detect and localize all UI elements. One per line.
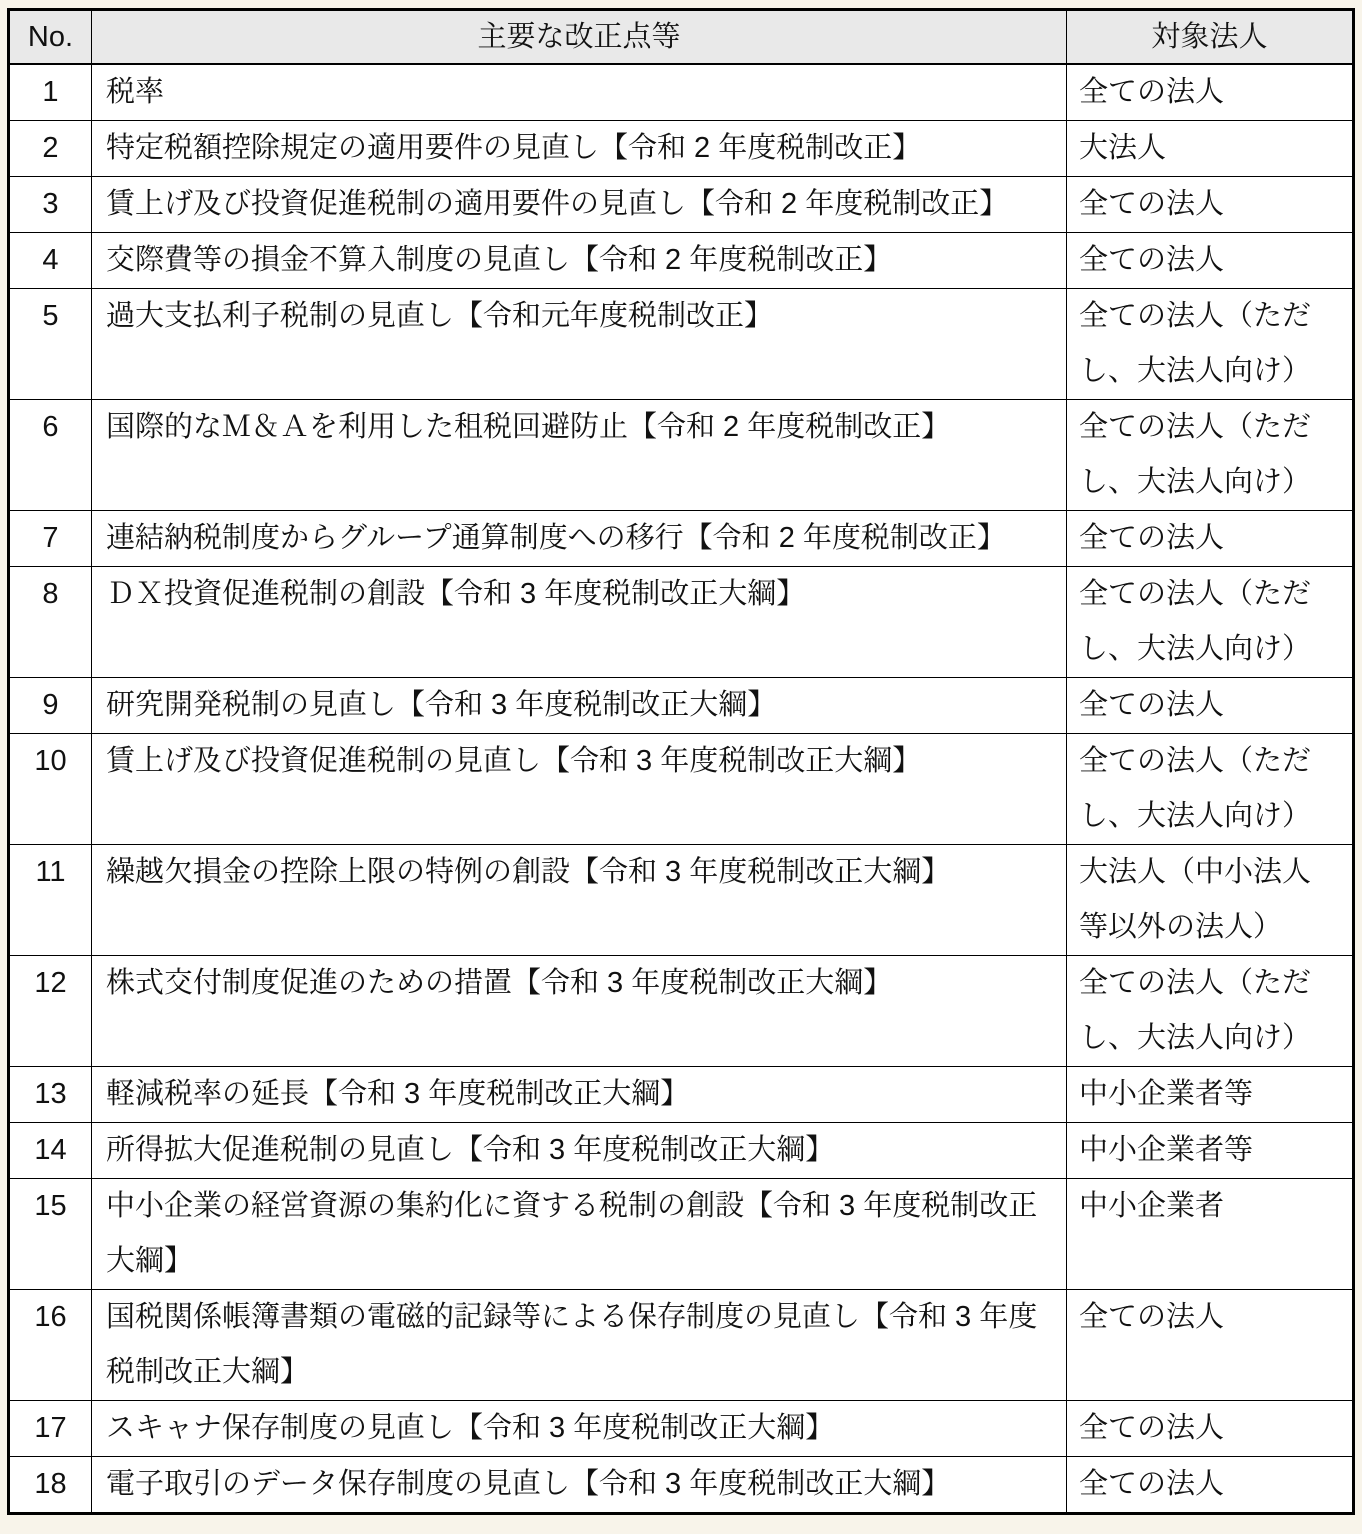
table-header: No. 主要な改正点等 対象法人 xyxy=(9,10,1354,65)
row-revision-cell: スキャナ保存制度の見直し【令和 3 年度税制改正大綱】 xyxy=(92,1401,1067,1457)
row-target-corp-cell: 全ての法人 xyxy=(1067,233,1354,289)
row-revision-cell: 賃上げ及び投資促進税制の適用要件の見直し【令和 2 年度税制改正】 xyxy=(92,177,1067,233)
row-target-corp-cell: 全ての法人 xyxy=(1067,1457,1354,1514)
table-row: 16 国税関係帳簿書類の電磁的記録等による保存制度の見直し【令和 3 年度税制改… xyxy=(9,1290,1354,1401)
row-revision-cell: 繰越欠損金の控除上限の特例の創設【令和 3 年度税制改正大綱】 xyxy=(92,845,1067,956)
row-number-cell: 4 xyxy=(9,233,92,289)
row-number-cell: 2 xyxy=(9,121,92,177)
tax-reform-table: No. 主要な改正点等 対象法人 1 税率 全ての法人 2 特定税額控除規定の適… xyxy=(7,8,1355,1515)
row-number-cell: 15 xyxy=(9,1179,92,1290)
row-target-corp-cell: 全ての法人 xyxy=(1067,1401,1354,1457)
row-target-corp-cell: 全ての法人 xyxy=(1067,64,1354,121)
row-target-corp-cell: 全ての法人（ただし、大法人向け） xyxy=(1067,567,1354,678)
row-number-cell: 16 xyxy=(9,1290,92,1401)
row-number-cell: 18 xyxy=(9,1457,92,1514)
row-number-cell: 12 xyxy=(9,956,92,1067)
row-target-corp-cell: 全ての法人（ただし、大法人向け） xyxy=(1067,400,1354,511)
table-row: 18 電子取引のデータ保存制度の見直し【令和 3 年度税制改正大綱】 全ての法人 xyxy=(9,1457,1354,1514)
row-revision-cell: 国税関係帳簿書類の電磁的記録等による保存制度の見直し【令和 3 年度税制改正大綱… xyxy=(92,1290,1067,1401)
table-row: 11 繰越欠損金の控除上限の特例の創設【令和 3 年度税制改正大綱】 大法人（中… xyxy=(9,845,1354,956)
row-revision-cell: 所得拡大促進税制の見直し【令和 3 年度税制改正大綱】 xyxy=(92,1123,1067,1179)
row-revision-cell: 国際的なＭ＆Ａを利用した租税回避防止【令和 2 年度税制改正】 xyxy=(92,400,1067,511)
header-no: No. xyxy=(9,10,92,65)
row-number-cell: 8 xyxy=(9,567,92,678)
table-row: 8 ＤＸ投資促進税制の創設【令和 3 年度税制改正大綱】 全ての法人（ただし、大… xyxy=(9,567,1354,678)
row-target-corp-cell: 大法人 xyxy=(1067,121,1354,177)
row-target-corp-cell: 全ての法人 xyxy=(1067,1290,1354,1401)
row-revision-cell: 中小企業の経営資源の集約化に資する税制の創設【令和 3 年度税制改正大綱】 xyxy=(92,1179,1067,1290)
table-row: 5 過大支払利子税制の見直し【令和元年度税制改正】 全ての法人（ただし、大法人向… xyxy=(9,289,1354,400)
table-row: 13 軽減税率の延長【令和 3 年度税制改正大綱】 中小企業者等 xyxy=(9,1067,1354,1123)
table-row: 2 特定税額控除規定の適用要件の見直し【令和 2 年度税制改正】 大法人 xyxy=(9,121,1354,177)
header-main: 主要な改正点等 xyxy=(92,10,1067,65)
table-row: 4 交際費等の損金不算入制度の見直し【令和 2 年度税制改正】 全ての法人 xyxy=(9,233,1354,289)
row-number-cell: 7 xyxy=(9,511,92,567)
row-revision-cell: 過大支払利子税制の見直し【令和元年度税制改正】 xyxy=(92,289,1067,400)
row-target-corp-cell: 全ての法人 xyxy=(1067,511,1354,567)
row-number-cell: 9 xyxy=(9,678,92,734)
header-target: 対象法人 xyxy=(1067,10,1354,65)
row-number-cell: 5 xyxy=(9,289,92,400)
row-revision-cell: 連結納税制度からグループ通算制度への移行【令和 2 年度税制改正】 xyxy=(92,511,1067,567)
row-target-corp-cell: 全ての法人 xyxy=(1067,177,1354,233)
row-number-cell: 13 xyxy=(9,1067,92,1123)
table-row: 17 スキャナ保存制度の見直し【令和 3 年度税制改正大綱】 全ての法人 xyxy=(9,1401,1354,1457)
row-target-corp-cell: 全ての法人（ただし、大法人向け） xyxy=(1067,956,1354,1067)
row-number-cell: 11 xyxy=(9,845,92,956)
table-row: 14 所得拡大促進税制の見直し【令和 3 年度税制改正大綱】 中小企業者等 xyxy=(9,1123,1354,1179)
table-row: 1 税率 全ての法人 xyxy=(9,64,1354,121)
row-number-cell: 10 xyxy=(9,734,92,845)
row-revision-cell: 交際費等の損金不算入制度の見直し【令和 2 年度税制改正】 xyxy=(92,233,1067,289)
row-target-corp-cell: 全ての法人（ただし、大法人向け） xyxy=(1067,734,1354,845)
row-number-cell: 1 xyxy=(9,64,92,121)
row-target-corp-cell: 全ての法人 xyxy=(1067,678,1354,734)
table-row: 15 中小企業の経営資源の集約化に資する税制の創設【令和 3 年度税制改正大綱】… xyxy=(9,1179,1354,1290)
table-row: 6 国際的なＭ＆Ａを利用した租税回避防止【令和 2 年度税制改正】 全ての法人（… xyxy=(9,400,1354,511)
row-target-corp-cell: 中小企業者等 xyxy=(1067,1123,1354,1179)
table-body: 1 税率 全ての法人 2 特定税額控除規定の適用要件の見直し【令和 2 年度税制… xyxy=(9,64,1354,1514)
row-target-corp-cell: 大法人（中小法人等以外の法人） xyxy=(1067,845,1354,956)
table-row: 9 研究開発税制の見直し【令和 3 年度税制改正大綱】 全ての法人 xyxy=(9,678,1354,734)
header-row: No. 主要な改正点等 対象法人 xyxy=(9,10,1354,65)
row-number-cell: 14 xyxy=(9,1123,92,1179)
row-revision-cell: 電子取引のデータ保存制度の見直し【令和 3 年度税制改正大綱】 xyxy=(92,1457,1067,1514)
row-revision-cell: ＤＸ投資促進税制の創設【令和 3 年度税制改正大綱】 xyxy=(92,567,1067,678)
row-number-cell: 3 xyxy=(9,177,92,233)
row-target-corp-cell: 全ての法人（ただし、大法人向け） xyxy=(1067,289,1354,400)
row-revision-cell: 株式交付制度促進のための措置【令和 3 年度税制改正大綱】 xyxy=(92,956,1067,1067)
row-revision-cell: 軽減税率の延長【令和 3 年度税制改正大綱】 xyxy=(92,1067,1067,1123)
table-row: 10 賃上げ及び投資促進税制の見直し【令和 3 年度税制改正大綱】 全ての法人（… xyxy=(9,734,1354,845)
row-revision-cell: 特定税額控除規定の適用要件の見直し【令和 2 年度税制改正】 xyxy=(92,121,1067,177)
row-number-cell: 6 xyxy=(9,400,92,511)
row-target-corp-cell: 中小企業者 xyxy=(1067,1179,1354,1290)
table-row: 7 連結納税制度からグループ通算制度への移行【令和 2 年度税制改正】 全ての法… xyxy=(9,511,1354,567)
row-revision-cell: 賃上げ及び投資促進税制の見直し【令和 3 年度税制改正大綱】 xyxy=(92,734,1067,845)
table-row: 12 株式交付制度促進のための措置【令和 3 年度税制改正大綱】 全ての法人（た… xyxy=(9,956,1354,1067)
row-revision-cell: 研究開発税制の見直し【令和 3 年度税制改正大綱】 xyxy=(92,678,1067,734)
table-row: 3 賃上げ及び投資促進税制の適用要件の見直し【令和 2 年度税制改正】 全ての法… xyxy=(9,177,1354,233)
row-target-corp-cell: 中小企業者等 xyxy=(1067,1067,1354,1123)
row-revision-cell: 税率 xyxy=(92,64,1067,121)
row-number-cell: 17 xyxy=(9,1401,92,1457)
